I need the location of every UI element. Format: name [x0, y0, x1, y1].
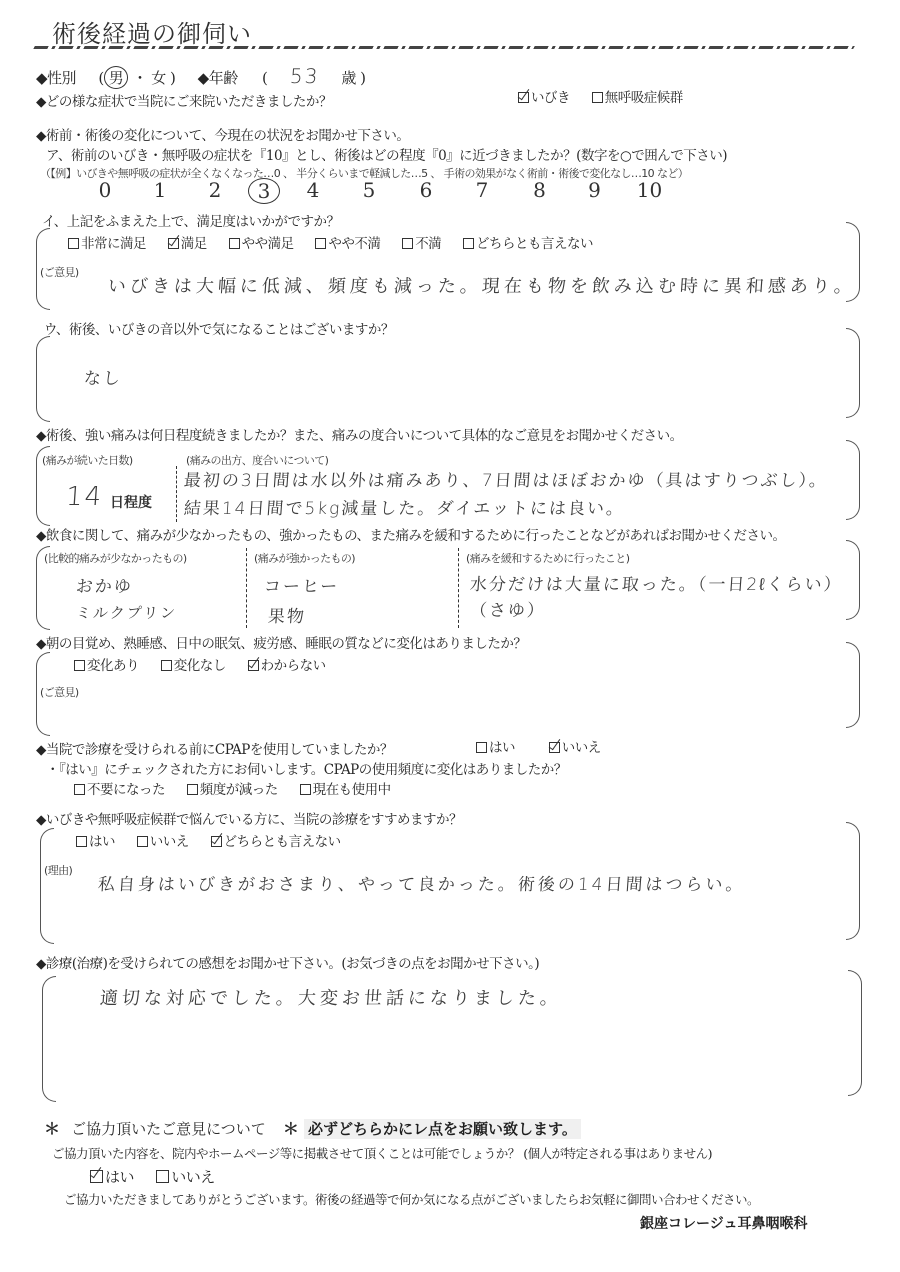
- gender-label: ◆性別: [36, 69, 76, 87]
- checkbox-icon[interactable]: [68, 238, 79, 249]
- recommend-option-yes[interactable]: はい: [76, 830, 115, 850]
- scale-5[interactable]: 5: [338, 178, 400, 204]
- cooperation-title-row: ＊ ご協力頂いたご意見について ＊ 必ずどちらかにレ点をお願い致します。: [44, 1116, 581, 1139]
- impression-bracket-left: [42, 976, 56, 1102]
- satisfaction-comment-label: (ご意見): [40, 264, 79, 280]
- scale-4[interactable]: 4: [288, 178, 338, 204]
- scale-1[interactable]: 1: [130, 178, 190, 204]
- pain-bracket-right: [846, 440, 860, 520]
- pain-detail-line2[interactable]: 結果14日間で5kg減量した。ダイエットには良い。: [183, 494, 626, 519]
- reason-option-apnea[interactable]: 無呼吸症候群: [592, 86, 683, 106]
- food-more-label: (痛みが強かったもの): [254, 550, 355, 566]
- asterisk-icon: ＊: [283, 1119, 299, 1138]
- food-less-item-1[interactable]: おかゆ: [75, 572, 134, 597]
- cpap-option-yes[interactable]: はい: [476, 736, 515, 756]
- checkbox-icon[interactable]: [76, 836, 87, 847]
- checkbox-icon[interactable]: [137, 836, 148, 847]
- food-less-item-2[interactable]: ミルクプリン: [75, 602, 178, 623]
- recommend-bracket-right: [846, 822, 860, 940]
- pain-question: ◆術後、強い痛みは何日程度続きましたか？また、痛みの度合いについて具体的なご意見…: [36, 424, 683, 444]
- checkbox-icon[interactable]: [161, 660, 172, 671]
- sleep-option-changed[interactable]: 変化あり: [74, 654, 139, 674]
- scale-9[interactable]: 9: [567, 178, 622, 204]
- scale-3-selected[interactable]: 3: [248, 178, 280, 204]
- checkbox-checked-icon[interactable]: [211, 836, 222, 847]
- age-value[interactable]: 53: [289, 64, 320, 88]
- sleep-option-unknown[interactable]: わからない: [248, 654, 326, 674]
- other-question: ウ、術後、いびきの音以外で気になることはございますか？: [44, 318, 394, 338]
- satisfaction-very-satisfied[interactable]: 非常に満足: [68, 232, 146, 252]
- cpap-sub-question: ・『はい』にチェックされた方にお伺いします。CPAPの使用頻度に変化はありました…: [46, 758, 567, 778]
- checkbox-checked-icon[interactable]: [518, 92, 529, 103]
- scale-6[interactable]: 6: [400, 178, 452, 204]
- pain-days-value[interactable]: 14: [65, 482, 104, 512]
- title-divider: [33, 46, 855, 49]
- impression-answer[interactable]: 適切な対応でした。大変お世話になりました。: [99, 984, 563, 1010]
- food-bracket-right: [846, 540, 860, 620]
- checkbox-checked-icon[interactable]: [90, 1170, 103, 1183]
- satisfaction-somewhat-dissatisfied[interactable]: やや不満: [315, 232, 380, 252]
- checkbox-icon[interactable]: [315, 238, 326, 249]
- scale-2[interactable]: 2: [190, 178, 240, 204]
- pain-days-label: (痛みが続いた日数): [42, 452, 133, 468]
- thanks-message: ご協力いただきましてありがとうございます。術後の経過等で何か気になる点がございま…: [64, 1190, 759, 1208]
- page-title: 術後経過の御伺い: [52, 14, 252, 49]
- sleep-question: ◆朝の目覚め、熟睡感、日中の眠気、疲労感、睡眠の質などに変化はありましたか？: [36, 632, 526, 652]
- scale-8[interactable]: 8: [512, 178, 567, 204]
- checkbox-icon[interactable]: [74, 660, 85, 671]
- recommend-option-neutral[interactable]: どちらとも言えない: [211, 830, 341, 850]
- scale-10[interactable]: 10: [622, 178, 677, 204]
- checkbox-icon[interactable]: [476, 742, 487, 753]
- checkbox-icon[interactable]: [592, 92, 603, 103]
- sleep-comment-label: (ご意見): [40, 684, 79, 700]
- gender-female-option[interactable]: 女: [151, 69, 166, 87]
- must-check-note: 必ずどちらかにレ点をお願い致します。: [304, 1119, 581, 1139]
- recommend-option-no[interactable]: いいえ: [137, 830, 189, 850]
- satisfaction-options: 非常に満足 満足 やや満足 やや不満 不満 どちらとも言えない: [68, 232, 611, 252]
- checkbox-icon[interactable]: [463, 238, 474, 249]
- cpap-question: ◆当院で診療を受けられる前にCPAPを使用していましたか？: [36, 738, 393, 758]
- cpap-sub-options: 不要になった 頻度が減った 現在も使用中: [74, 778, 409, 798]
- recommend-question: ◆いびきや無呼吸症候群で悩んでいる方に、当院の診療をすすめますか？: [36, 808, 462, 828]
- recommend-options: はい いいえ どちらとも言えない: [76, 830, 359, 850]
- change-question: ◆術前・術後の変化について、今現在の状況をお聞かせ下さい。: [36, 124, 409, 144]
- change-scale: 0 1 2 3 4 5 6 7 8 9 10: [80, 178, 677, 204]
- checkbox-checked-icon[interactable]: [248, 660, 259, 671]
- checkbox-icon[interactable]: [74, 784, 85, 795]
- satisfaction-dissatisfied[interactable]: 不満: [402, 232, 441, 252]
- pain-detail-line1[interactable]: 最初の3日間は水以外は痛みあり、7日間はほぼおかゆ（具はすりつぶし）。: [183, 466, 829, 491]
- food-more-item-1[interactable]: コーヒー: [263, 572, 340, 597]
- checkbox-icon[interactable]: [300, 784, 311, 795]
- scale-7[interactable]: 7: [452, 178, 512, 204]
- reason-options: いびき 無呼吸症候群: [518, 86, 701, 106]
- pain-days-unit: 日程度: [110, 492, 152, 512]
- sleep-option-unchanged[interactable]: 変化なし: [161, 654, 226, 674]
- cpap-sub-option-reduced[interactable]: 頻度が減った: [187, 778, 278, 798]
- cpap-options: はい いいえ: [476, 736, 619, 756]
- food-divider-2: [458, 548, 459, 628]
- food-relief-label: (痛みを緩和するために行ったこと): [466, 550, 629, 566]
- sleep-options: 変化あり 変化なし わからない: [74, 654, 344, 674]
- satisfaction-somewhat-satisfied[interactable]: やや満足: [229, 232, 294, 252]
- food-more-item-2[interactable]: 果物: [267, 602, 307, 627]
- publish-question: ご協力頂いた内容を、院内やホームページ等に掲載させて頂くことは可能でしょうか？ …: [52, 1144, 712, 1162]
- cpap-sub-option-still-using[interactable]: 現在も使用中: [300, 778, 391, 798]
- checkbox-icon[interactable]: [187, 784, 198, 795]
- publish-options: はい いいえ: [90, 1166, 233, 1187]
- satisfaction-neutral[interactable]: どちらとも言えない: [463, 232, 593, 252]
- food-divider-1: [246, 548, 247, 628]
- reason-question: ◆どの様な症状で当院にご来院いただきましたか？: [36, 90, 332, 110]
- food-relief-line2[interactable]: （さゆ）: [469, 596, 547, 621]
- cooperation-title: ご協力頂いたご意見について: [71, 1120, 266, 1138]
- impression-question: ◆診療(治療)を受けられての感想をお聞かせ下さい。(お気づきの点をお聞かせ下さい…: [36, 952, 539, 972]
- checkbox-checked-icon[interactable]: [168, 238, 179, 249]
- checkbox-icon[interactable]: [156, 1170, 169, 1183]
- other-answer[interactable]: なし: [83, 364, 123, 389]
- clinic-name: 銀座コレージュ耳鼻咽喉科: [640, 1213, 807, 1233]
- impression-bracket-right: [848, 970, 862, 1096]
- reason-option-snoring[interactable]: いびき: [518, 86, 570, 106]
- age-label: ◆年齢: [198, 69, 238, 87]
- recommend-bracket-left: [40, 828, 54, 944]
- checkbox-icon[interactable]: [402, 238, 413, 249]
- gender-male-option[interactable]: 男: [104, 66, 129, 89]
- food-less-label: (比較的痛みが少なかったもの): [44, 550, 187, 566]
- pain-divider: [176, 466, 177, 522]
- satisfaction-comment[interactable]: いびきは大幅に低減、頻度も減った。現在も物を飲み込む時に異和感あり。: [107, 272, 857, 298]
- food-relief-line1[interactable]: 水分だけは大量に取った。（一日2ℓくらい）: [469, 570, 844, 595]
- sleep-comment[interactable]: [107, 684, 810, 724]
- sleep-bracket-right: [846, 642, 860, 728]
- publish-option-no[interactable]: いいえ: [156, 1166, 215, 1187]
- scale-0[interactable]: 0: [80, 178, 130, 204]
- cpap-option-no[interactable]: いいえ: [549, 736, 601, 756]
- checkbox-checked-icon[interactable]: [549, 742, 560, 753]
- food-question: ◆飲食に関して、痛みが少なかったもの、強かったもの、また痛みを緩和するために行っ…: [36, 524, 786, 544]
- gender-row: ◆性別 (男 ・ 女 ) ◆年齢 ( 53 歳 ): [36, 64, 366, 89]
- asterisk-icon: ＊: [44, 1119, 60, 1138]
- other-bracket-left: [36, 336, 50, 422]
- satisfaction-satisfied[interactable]: 満足: [168, 232, 207, 252]
- checkbox-icon[interactable]: [229, 238, 240, 249]
- other-bracket-right: [846, 328, 860, 418]
- publish-option-yes[interactable]: はい: [90, 1166, 134, 1187]
- age-unit: 歳: [341, 69, 356, 87]
- satisfaction-question: イ、上記をふまえた上で、満足度はいかがですか？: [42, 210, 340, 230]
- change-a-question: ア、術前のいびき・無呼吸の症状を『10』とし、術後はどの程度『0』に近づきました…: [46, 144, 727, 164]
- recommend-reason[interactable]: 私自身はいびきがおさまり、やって良かった。術後の14日間はつらい。: [97, 870, 746, 895]
- cpap-sub-option-unneeded[interactable]: 不要になった: [74, 778, 165, 798]
- recommend-reason-label: (理由): [44, 862, 72, 878]
